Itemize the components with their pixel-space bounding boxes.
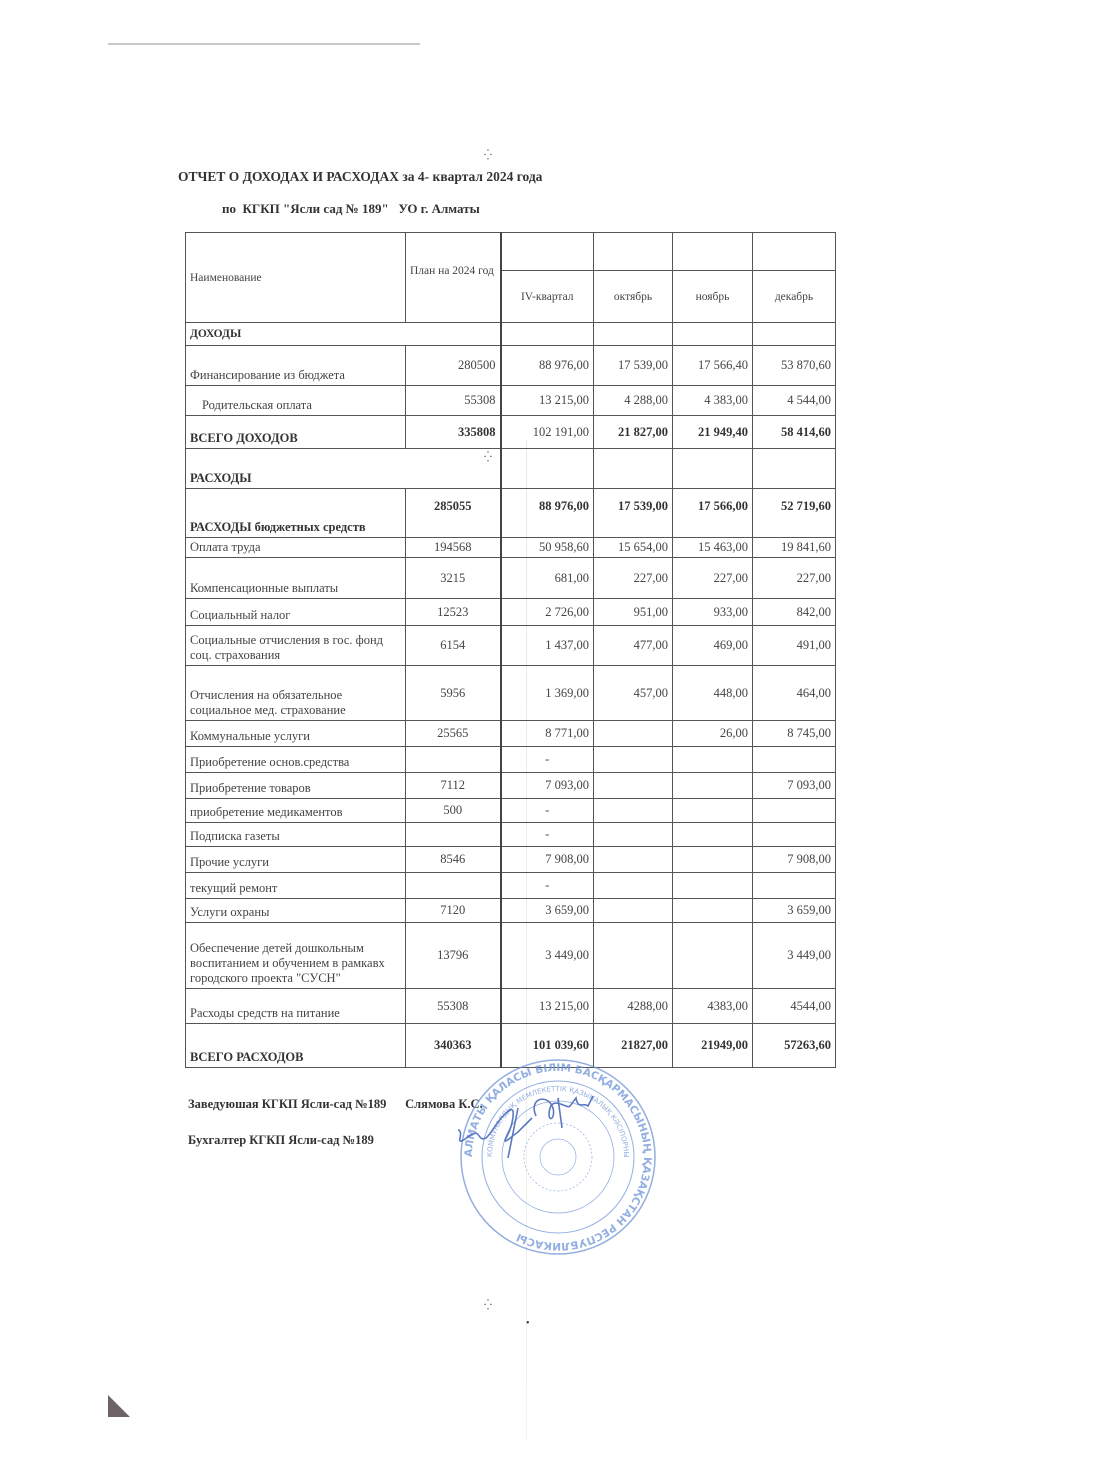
- header-oct: октябрь: [594, 271, 673, 323]
- cell-nov: [673, 773, 753, 799]
- cell-oct: 17 539,00: [594, 346, 673, 386]
- table-row: Обеспечение детей дошкольным воспитанием…: [186, 923, 836, 989]
- row-name: Родительская оплата: [186, 386, 406, 416]
- header-q4: IV-квартал: [501, 271, 594, 323]
- cell-oct: [594, 899, 673, 923]
- cell-oct: [594, 923, 673, 989]
- scan-artifact: •: [526, 1318, 530, 1329]
- cell-plan: 55308: [406, 386, 501, 416]
- cell-nov: 4 383,00: [673, 386, 753, 416]
- cell-plan: 55308: [406, 989, 501, 1024]
- cell-q4: -: [501, 823, 594, 847]
- table-row: Компенсационные выплаты3215681,00227,002…: [186, 558, 836, 599]
- cell-q4: 8 771,00: [501, 721, 594, 747]
- cell-nov: [673, 847, 753, 873]
- cell-q4: 1 437,00: [501, 626, 594, 666]
- scan-artifact: ⁛: [484, 150, 492, 161]
- row-name: Расходы средств на питание: [186, 989, 406, 1024]
- head-label: Заведуюшая КГКП Ясли-сад №189: [188, 1097, 386, 1111]
- cell-nov: 933,00: [673, 599, 753, 626]
- row-name: Компенсационные выплаты: [186, 558, 406, 599]
- cell-oct: 17 539,00: [594, 489, 673, 538]
- cell-oct: 21 827,00: [594, 416, 673, 449]
- cell-dec: [753, 747, 836, 773]
- row-name: ВСЕГО ДОХОДОВ: [186, 416, 406, 449]
- cell-oct: [594, 823, 673, 847]
- cell-dec: 4544,00: [753, 989, 836, 1024]
- income-expense-table: Наименование План на 2024 год IV-квартал…: [185, 232, 836, 1068]
- row-name: ВСЕГО РАСХОДОВ: [186, 1024, 406, 1068]
- cell-nov: 4383,00: [673, 989, 753, 1024]
- cell-nov: 21949,00: [673, 1024, 753, 1068]
- table-row: Оплата труда19456850 958,6015 654,0015 4…: [186, 538, 836, 558]
- cell-nov: 227,00: [673, 558, 753, 599]
- cell-dec: 58 414,60: [753, 416, 836, 449]
- scan-artifact: ⁛: [484, 452, 492, 463]
- table-row: Отчисления на обязательное социальное ме…: [186, 666, 836, 721]
- cell-nov: [673, 747, 753, 773]
- cell-oct: 4 288,00: [594, 386, 673, 416]
- cell-dec: 3 659,00: [753, 899, 836, 923]
- row-name: Социальные отчисления в гос. фонд соц. с…: [186, 626, 406, 666]
- cell-dec: 52 719,60: [753, 489, 836, 538]
- cell-nov: 469,00: [673, 626, 753, 666]
- cell-dec: [753, 799, 836, 823]
- cell-q4: 2 726,00: [501, 599, 594, 626]
- cell-plan: 3215: [406, 558, 501, 599]
- cell-q4: 88 976,00: [501, 346, 594, 386]
- cell-q4: 1 369,00: [501, 666, 594, 721]
- cell-dec: 464,00: [753, 666, 836, 721]
- table-row: Подписка газеты-: [186, 823, 836, 847]
- row-name: текущий ремонт: [186, 873, 406, 899]
- row-name: Социальный налог: [186, 599, 406, 626]
- cell-plan: 285055: [406, 489, 501, 538]
- cell-dec: 4 544,00: [753, 386, 836, 416]
- cell-q4: -: [501, 799, 594, 823]
- header-nov: ноябрь: [673, 271, 753, 323]
- row-name: Прочие услуги: [186, 847, 406, 873]
- cell-dec: 8 745,00: [753, 721, 836, 747]
- table-row: Приобретение товаров71127 093,007 093,00: [186, 773, 836, 799]
- cell-oct: [594, 799, 673, 823]
- table-row: Прочие услуги85467 908,007 908,00: [186, 847, 836, 873]
- official-stamp: АЛМАТЫ ҚАЛАСЫ БІЛІМ БАСҚАРМАСЫНЫҢ ҚАЗАҚС…: [458, 1058, 658, 1256]
- table-row: Финансирование из бюджета28050088 976,00…: [186, 346, 836, 386]
- cell-nov: 15 463,00: [673, 538, 753, 558]
- cell-dec: 53 870,60: [753, 346, 836, 386]
- cell-dec: [753, 873, 836, 899]
- row-name: Услуги охраны: [186, 899, 406, 923]
- cell-plan: 7120: [406, 899, 501, 923]
- scan-corner-mark: [108, 1395, 130, 1417]
- table-row: Услуги охраны71203 659,003 659,00: [186, 899, 836, 923]
- expense-section-label: РАСХОДЫ: [186, 449, 501, 489]
- cell-q4: 13 215,00: [501, 989, 594, 1024]
- cell-nov: [673, 823, 753, 847]
- row-name: Оплата труда: [186, 538, 406, 558]
- cell-dec: 57263,60: [753, 1024, 836, 1068]
- cell-oct: [594, 747, 673, 773]
- cell-nov: 26,00: [673, 721, 753, 747]
- cell-q4: 7 093,00: [501, 773, 594, 799]
- accountant-label: Бухгалтер КГКП Ясли-сад №189: [188, 1133, 374, 1148]
- cell-oct: [594, 721, 673, 747]
- cell-dec: 842,00: [753, 599, 836, 626]
- cell-oct: 951,00: [594, 599, 673, 626]
- row-name: Приобретение основ.средства: [186, 747, 406, 773]
- cell-plan: 13796: [406, 923, 501, 989]
- table-row: приобретение медикаментов500-: [186, 799, 836, 823]
- table-row: текущий ремонт-: [186, 873, 836, 899]
- cell-oct: 457,00: [594, 666, 673, 721]
- cell-plan: 6154: [406, 626, 501, 666]
- row-name: Коммунальные услуги: [186, 721, 406, 747]
- report-subtitle: по КГКП "Ясли сад № 189" УО г. Алматы: [222, 201, 480, 217]
- cell-dec: 7 093,00: [753, 773, 836, 799]
- row-name: РАСХОДЫ бюджетных средств: [186, 489, 406, 538]
- cell-oct: [594, 773, 673, 799]
- expense-budget-row: РАСХОДЫ бюджетных средств28505588 976,00…: [186, 489, 836, 538]
- cell-nov: 448,00: [673, 666, 753, 721]
- cell-q4: 3 659,00: [501, 899, 594, 923]
- cell-plan: 280500: [406, 346, 501, 386]
- table-row: Расходы средств на питание5530813 215,00…: [186, 989, 836, 1024]
- cell-oct: 477,00: [594, 626, 673, 666]
- cell-plan: 25565: [406, 721, 501, 747]
- cell-q4: 88 976,00: [501, 489, 594, 538]
- cell-q4: 50 958,60: [501, 538, 594, 558]
- scan-edge-line: [108, 43, 420, 45]
- cell-plan: 500: [406, 799, 501, 823]
- cell-plan: 5956: [406, 666, 501, 721]
- cell-plan: 194568: [406, 538, 501, 558]
- row-name: Подписка газеты: [186, 823, 406, 847]
- table-row: Родительская оплата5530813 215,004 288,0…: [186, 386, 836, 416]
- row-name: приобретение медикаментов: [186, 799, 406, 823]
- cell-dec: 19 841,60: [753, 538, 836, 558]
- report-title: ОТЧЕТ О ДОХОДАХ И РАСХОДАХ за 4- квартал…: [178, 169, 542, 185]
- cell-nov: 21 949,40: [673, 416, 753, 449]
- cell-q4: 3 449,00: [501, 923, 594, 989]
- cell-q4: 7 908,00: [501, 847, 594, 873]
- cell-oct: 227,00: [594, 558, 673, 599]
- cell-oct: [594, 847, 673, 873]
- row-name: Приобретение товаров: [186, 773, 406, 799]
- table-row: Социальные отчисления в гос. фонд соц. с…: [186, 626, 836, 666]
- cell-oct: 4288,00: [594, 989, 673, 1024]
- table-row: Социальный налог125232 726,00951,00933,0…: [186, 599, 836, 626]
- row-name: Финансирование из бюджета: [186, 346, 406, 386]
- cell-nov: 17 566,00: [673, 489, 753, 538]
- cell-q4: -: [501, 747, 594, 773]
- table-row: Приобретение основ.средства-: [186, 747, 836, 773]
- cell-nov: [673, 923, 753, 989]
- cell-dec: 7 908,00: [753, 847, 836, 873]
- cell-dec: 3 449,00: [753, 923, 836, 989]
- cell-oct: [594, 873, 673, 899]
- cell-dec: 491,00: [753, 626, 836, 666]
- header-dec: декабрь: [753, 271, 836, 323]
- table-row: Коммунальные услуги255658 771,0026,008 7…: [186, 721, 836, 747]
- svg-text:КОММУНАЛДЫҚ МЕМЛЕКЕТТІК ҚАЗЫНА: КОММУНАЛДЫҚ МЕМЛЕКЕТТІК ҚАЗЫНАЛЫҚ КӘСІПО…: [486, 1085, 630, 1158]
- cell-dec: 227,00: [753, 558, 836, 599]
- cell-plan: [406, 823, 501, 847]
- header-name: Наименование: [186, 233, 406, 323]
- stamp-inner-text: КОММУНАЛДЫҚ МЕМЛЕКЕТТІК ҚАЗЫНАЛЫҚ КӘСІПО…: [486, 1085, 630, 1158]
- row-name: Отчисления на обязательное социальное ме…: [186, 666, 406, 721]
- cell-oct: 15 654,00: [594, 538, 673, 558]
- cell-q4: 681,00: [501, 558, 594, 599]
- income-total-row: ВСЕГО ДОХОДОВ335808102 191,0021 827,0021…: [186, 416, 836, 449]
- cell-q4: 13 215,00: [501, 386, 594, 416]
- cell-nov: [673, 899, 753, 923]
- cell-nov: [673, 873, 753, 899]
- cell-plan: 12523: [406, 599, 501, 626]
- cell-plan: 8546: [406, 847, 501, 873]
- cell-nov: [673, 799, 753, 823]
- header-plan: План на 2024 год: [406, 233, 501, 323]
- cell-plan: 335808: [406, 416, 501, 449]
- head-signature-line: Заведуюшая КГКП Ясли-сад №189 Слямова К.…: [188, 1097, 483, 1112]
- income-section-label: ДОХОДЫ: [186, 323, 501, 346]
- cell-q4: 102 191,00: [501, 416, 594, 449]
- scan-artifact: ⁛: [484, 1300, 492, 1311]
- cell-plan: [406, 873, 501, 899]
- cell-plan: [406, 747, 501, 773]
- cell-nov: 17 566,40: [673, 346, 753, 386]
- cell-dec: [753, 823, 836, 847]
- row-name: Обеспечение детей дошкольным воспитанием…: [186, 923, 406, 989]
- cell-q4: -: [501, 873, 594, 899]
- cell-plan: 7112: [406, 773, 501, 799]
